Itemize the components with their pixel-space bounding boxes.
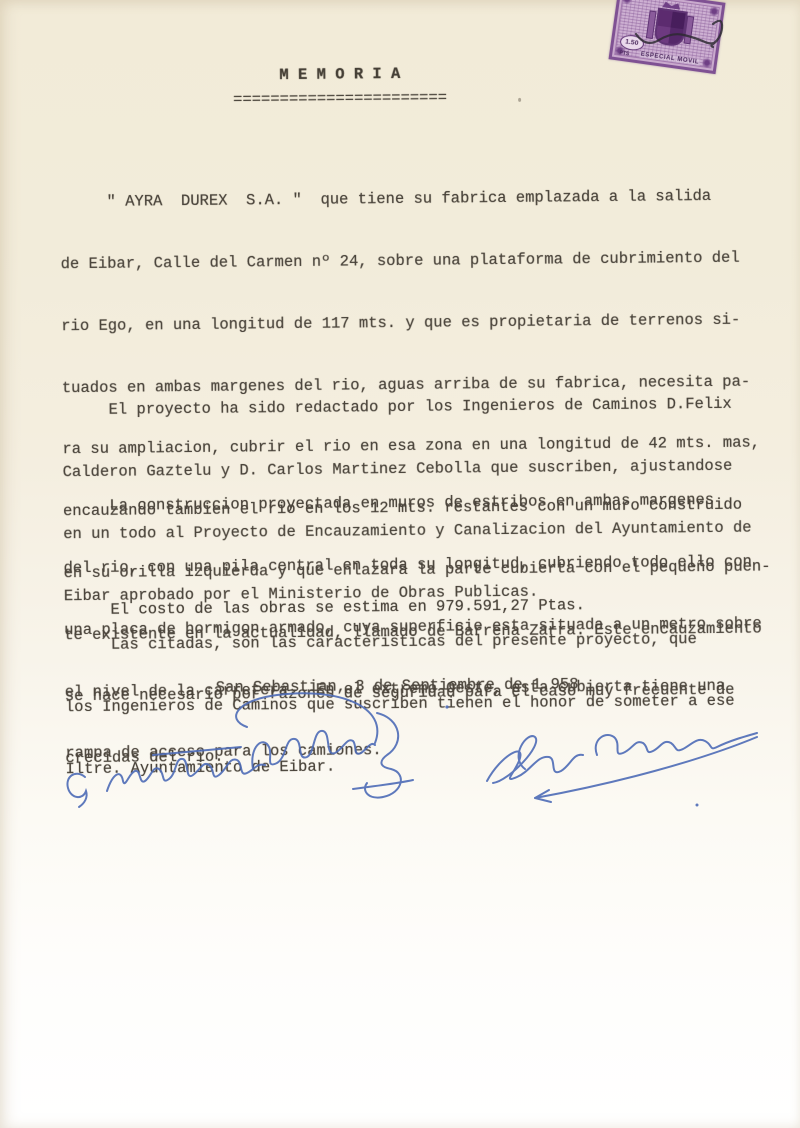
- title-underline: =======================: [233, 87, 447, 110]
- page-title: M E M O R I A: [233, 64, 447, 87]
- signature-martinez-cebolla: [67, 693, 448, 807]
- title-block: M E M O R I A =======================: [233, 64, 447, 110]
- typed-content: M E M O R I A ======================= " …: [0, 0, 800, 1128]
- text-line: Las citadas, son las caracteristicas del…: [64, 629, 764, 656]
- text-line: " AYRA DUREX S.A. " que tiene su fabrica…: [60, 186, 760, 213]
- text-line: rio Ego, en una longitud de 117 mts. y q…: [61, 309, 761, 336]
- cancellation-mark-icon: [598, 0, 743, 75]
- text-line: La construccion proyectada en muros de e…: [63, 490, 763, 517]
- ink-speck: [518, 98, 521, 102]
- text-line: El proyecto ha sido redactado por los In…: [62, 394, 762, 421]
- document-page: M E M O R I A ======================= " …: [0, 0, 800, 1128]
- text-line: de Eibar, Calle del Carmen nº 24, sobre …: [61, 248, 761, 275]
- signatures: [55, 685, 765, 815]
- signature-felix-calderon: [487, 733, 757, 807]
